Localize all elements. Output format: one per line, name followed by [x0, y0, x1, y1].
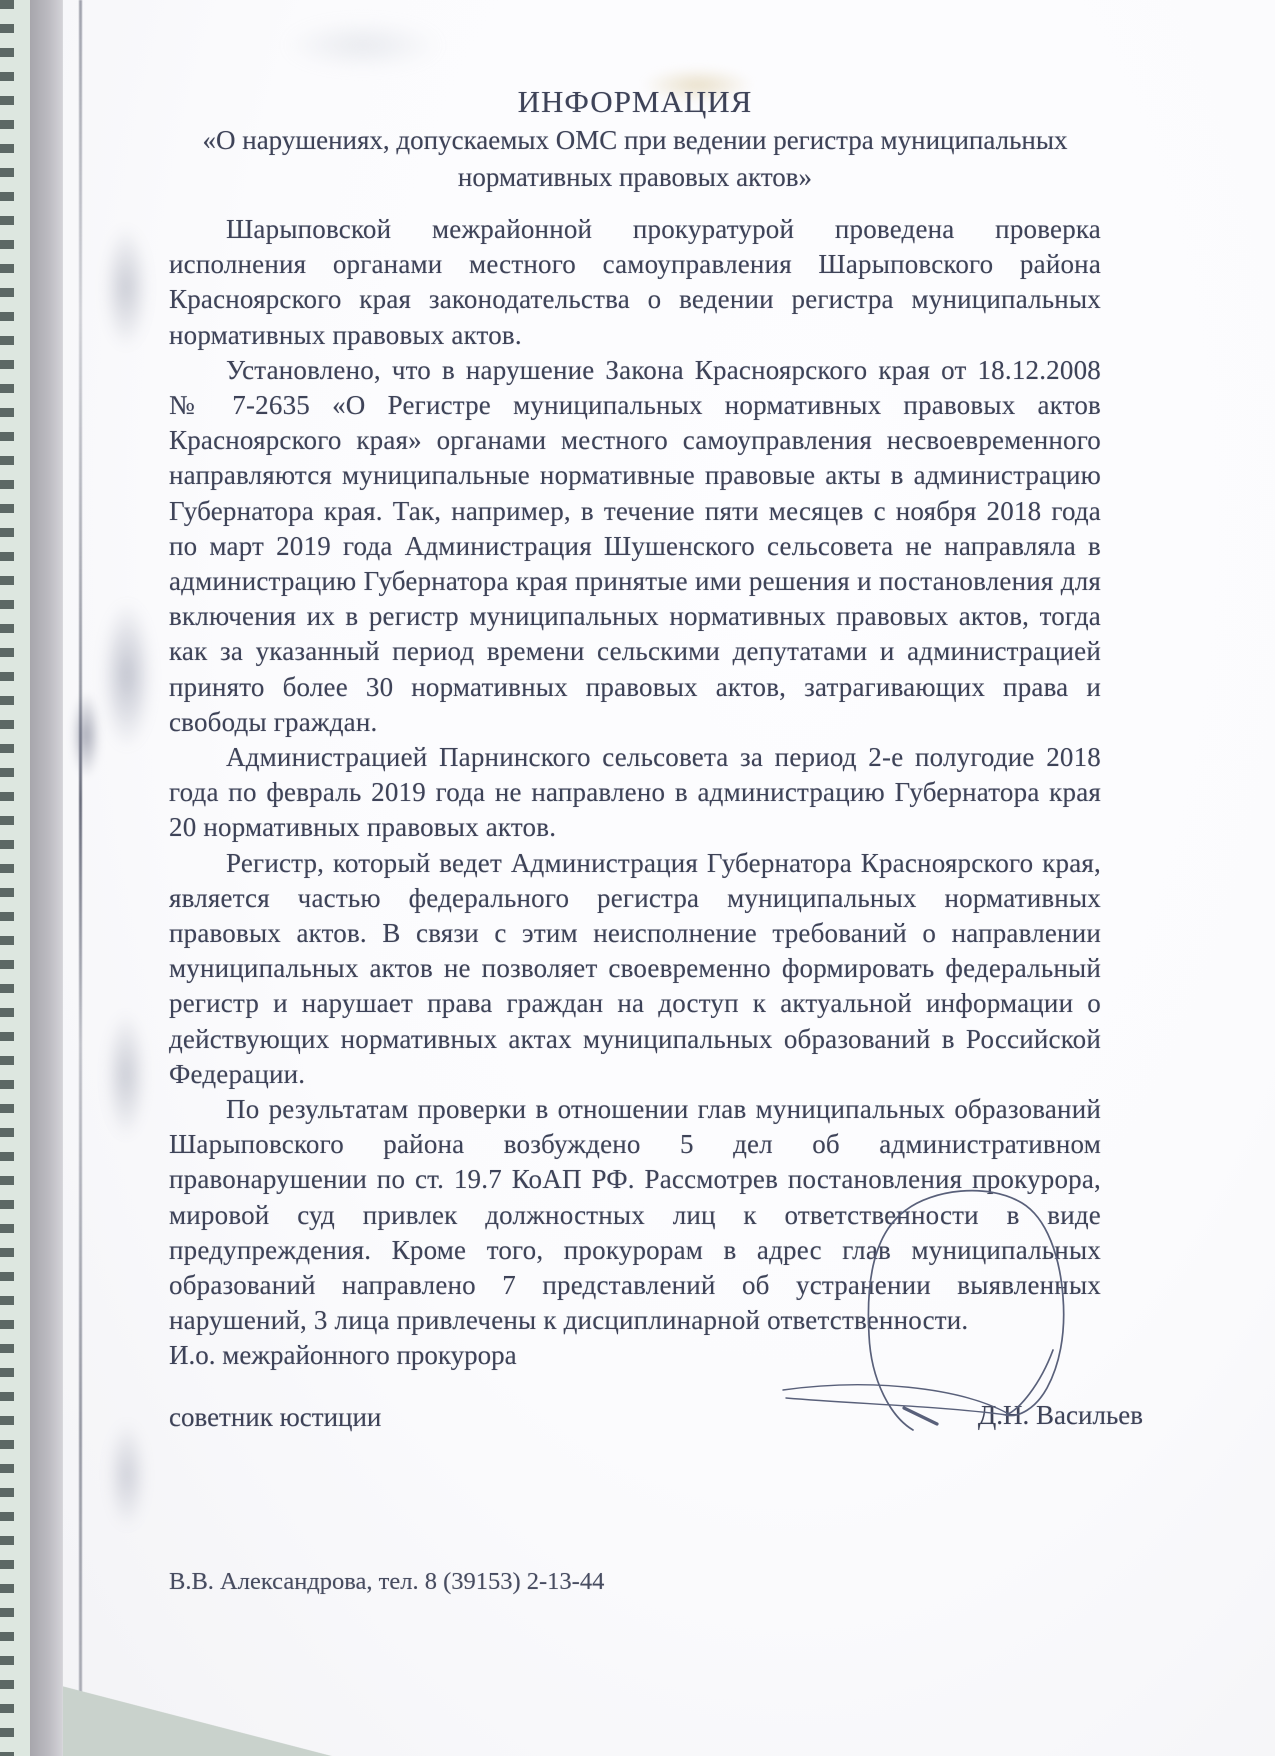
scan-smudge — [71, 690, 101, 780]
paragraph-2: Установлено, что в нарушение Закона Крас… — [169, 353, 1101, 740]
paragraph-3: Администрацией Парнинского сельсовета за… — [169, 740, 1101, 846]
scan-smudge — [101, 600, 153, 750]
scan-smudge — [107, 1420, 147, 1530]
document-content: ИНФОРМАЦИЯ «О нарушениях, допускаемых ОМ… — [169, 0, 1101, 1756]
signoff-role-line-1: И.о. межрайонного прокурора — [169, 1340, 517, 1371]
paragraph-1: Шарыповской межрайонной прокуратурой про… — [169, 212, 1101, 353]
signature-scribble — [756, 1165, 1086, 1455]
paragraph-4: Регистр, который ведет Администрация Губ… — [169, 846, 1101, 1092]
scanner-edge-shadow — [30, 0, 64, 1756]
paper-crease-line — [79, 0, 82, 1740]
scanner-edge-strip — [0, 0, 30, 1756]
document-page: ИНФОРМАЦИЯ «О нарушениях, допускаемых ОМ… — [62, 0, 1275, 1756]
scan-smudge — [105, 1010, 147, 1140]
signoff-role-line-2: советник юстиции — [169, 1402, 381, 1433]
scan-smudge — [103, 225, 149, 350]
footer-contact: В.В. Александрова, тел. 8 (39153) 2-13-4… — [169, 1568, 604, 1596]
document-subtitle: «О нарушениях, допускаемых ОМС при веден… — [169, 122, 1101, 196]
page-bottom-corner — [63, 1686, 333, 1756]
document-title: ИНФОРМАЦИЯ — [169, 84, 1101, 120]
